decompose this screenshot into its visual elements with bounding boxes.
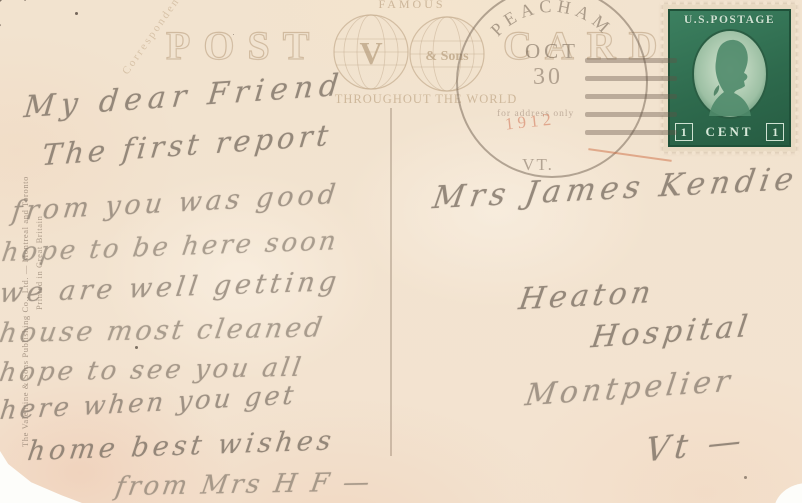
stamp-frame: U.S.POSTAGE 1 CENT 1 [668, 9, 791, 147]
postmark-town-text: PEACHAM [487, 0, 618, 40]
stamp-cent-text: CENT [705, 124, 753, 140]
message-line: here when you get [0, 380, 298, 426]
postmark-day-text: 30 [533, 64, 563, 90]
address-state: Vt — [644, 419, 748, 469]
address-line: Heaton [516, 275, 657, 317]
message-line: home best wishes [26, 425, 337, 467]
bottom-right-worn-corner [774, 483, 802, 503]
washington-portrait-icon [689, 28, 771, 120]
post-title-text: POST [166, 22, 322, 69]
address-line: Hospital [589, 309, 754, 356]
cancel-bar [585, 58, 677, 63]
paper-specks [75, 12, 78, 15]
stamp-denomination-row: 1 CENT 1 [675, 123, 784, 141]
postmark-month-text: OCT [525, 39, 579, 63]
globe-left-letter: V [359, 35, 382, 71]
cancel-bar [585, 112, 677, 117]
svg-text:PEACHAM: PEACHAM [487, 0, 618, 40]
message-signature: from Mrs H F — [113, 468, 374, 503]
message-line: we are well getting [0, 266, 342, 309]
message-line: house most cleaned [0, 312, 327, 349]
cancel-bar [585, 76, 677, 81]
cancel-bar [585, 130, 677, 135]
message-line: from you was good [10, 179, 341, 227]
postmark-state-text: VT. [522, 155, 554, 174]
message-line: hope to be here soon [0, 226, 341, 268]
stamp-numeral-left: 1 [675, 123, 693, 141]
stamp-numeral-right: 1 [766, 123, 784, 141]
address-line: Montpelier [523, 363, 736, 413]
top-left-corner-mark [0, 0, 34, 34]
center-divider-line [390, 108, 392, 456]
cancel-bar [585, 94, 677, 99]
postage-stamp: U.S.POSTAGE 1 CENT 1 [663, 4, 796, 152]
stamp-us-postage-text: U.S.POSTAGE [684, 14, 775, 26]
message-line: The first report [40, 118, 333, 173]
message-line: My dear Friend [22, 68, 346, 126]
postcard-scan: POST CARD FAMOUS V & Sons THROUGHOUT THE… [0, 0, 802, 503]
